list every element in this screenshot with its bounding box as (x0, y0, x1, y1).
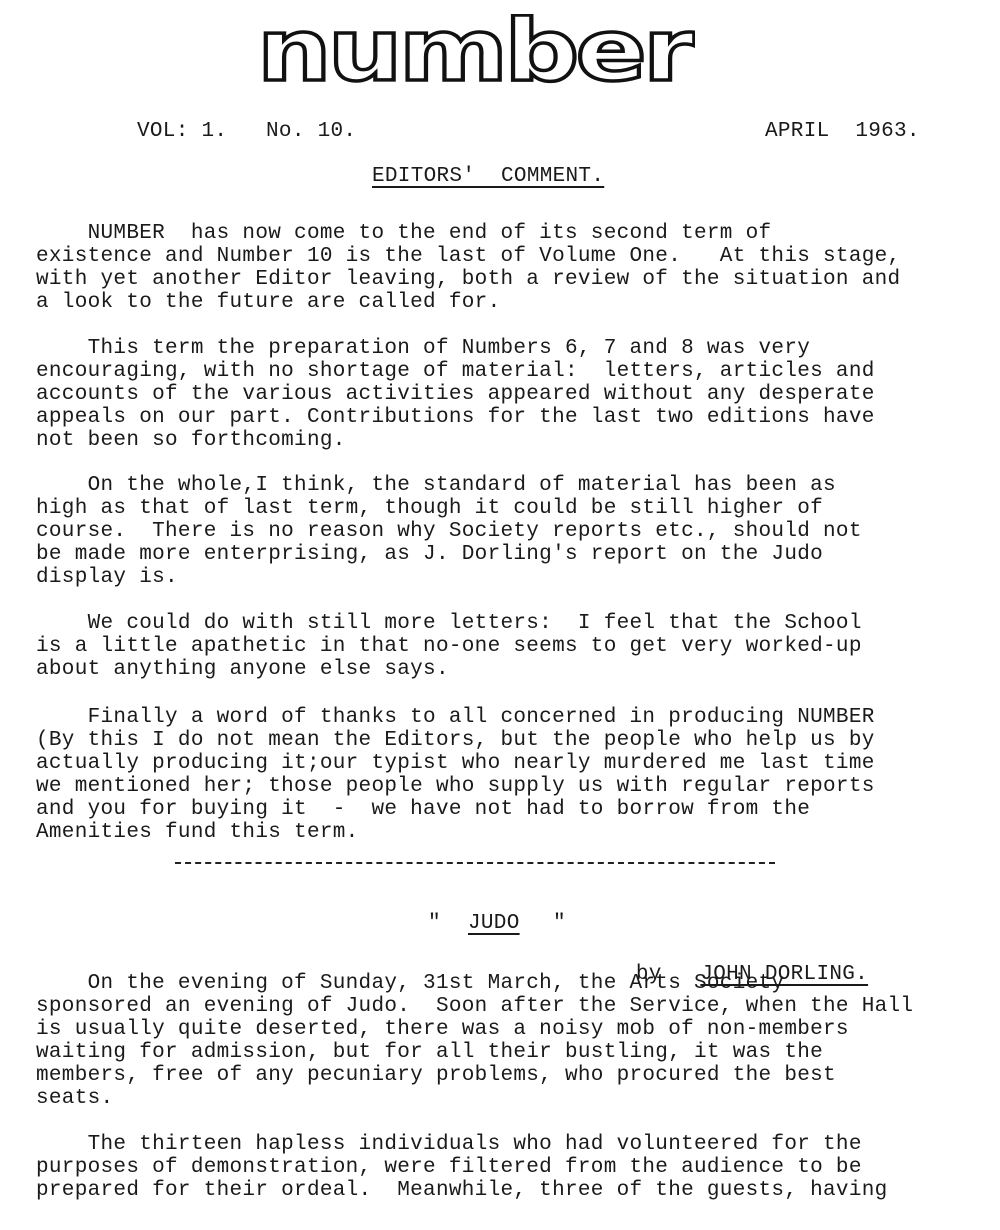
text-line: encouraging, with no shortage of materia… (36, 360, 996, 383)
issue-date: APRIL 1963. (765, 120, 920, 143)
text-line: purposes of demonstration, were filtered… (36, 1156, 996, 1179)
text-line: about anything anyone else says. (36, 658, 996, 681)
text-line: NUMBER has now come to the end of its se… (36, 222, 996, 245)
text-line: sponsored an evening of Judo. Soon after… (36, 995, 996, 1018)
volume-number: VOL: 1. No. 10. (137, 120, 356, 143)
text-line: with yet another Editor leaving, both a … (36, 268, 996, 291)
editors-paragraph-4: We could do with still more letters: I f… (36, 612, 996, 681)
text-line: be made more enterprising, as J. Dorling… (36, 543, 996, 566)
title-open-quote: " (428, 912, 441, 935)
text-line: display is. (36, 566, 996, 589)
text-line: a look to the future are called for. (36, 291, 996, 314)
editors-paragraph-3: On the whole,I think, the standard of ma… (36, 474, 996, 589)
judo-title: JUDO (468, 912, 520, 935)
text-line: This term the preparation of Numbers 6, … (36, 337, 996, 360)
editors-comment-heading: EDITORS' COMMENT. (372, 165, 604, 188)
text-line: (By this I do not mean the Editors, but … (36, 729, 996, 752)
text-line: is a little apathetic in that no-one see… (36, 635, 996, 658)
text-line: high as that of last term, though it cou… (36, 497, 996, 520)
masthead-title: number (257, 14, 695, 84)
text-line: Amenities fund this term. (36, 821, 996, 844)
text-line: we mentioned her; those people who suppl… (36, 775, 996, 798)
text-line: Finally a word of thanks to all concerne… (36, 706, 996, 729)
editors-paragraph-2: This term the preparation of Numbers 6, … (36, 337, 996, 452)
text-line: not been so forthcoming. (36, 429, 996, 452)
text-line: actually producing it;our typist who nea… (36, 752, 996, 775)
text-line: accounts of the various activities appea… (36, 383, 996, 406)
judo-paragraph-2: The thirteen hapless individuals who had… (36, 1133, 996, 1202)
masthead-logo: number (255, 14, 695, 84)
editors-paragraph-1: NUMBER has now come to the end of its se… (36, 222, 996, 314)
section-divider (175, 862, 775, 864)
text-line: waiting for admission, but for all their… (36, 1041, 996, 1064)
text-line: The thirteen hapless individuals who had… (36, 1133, 996, 1156)
judo-paragraph-1: On the evening of Sunday, 31st March, th… (36, 972, 996, 1110)
title-close-quote: " (553, 912, 566, 935)
text-line: seats. (36, 1087, 996, 1110)
text-line: prepared for their ordeal. Meanwhile, th… (36, 1179, 996, 1202)
editors-paragraph-5: Finally a word of thanks to all concerne… (36, 706, 996, 844)
text-line: members, free of any pecuniary problems,… (36, 1064, 996, 1087)
text-line: On the evening of Sunday, 31st March, th… (36, 972, 996, 995)
text-line: course. There is no reason why Society r… (36, 520, 996, 543)
text-line: is usually quite deserted, there was a n… (36, 1018, 996, 1041)
text-line: and you for buying it - we have not had … (36, 798, 996, 821)
text-line: existence and Number 10 is the last of V… (36, 245, 996, 268)
text-line: On the whole,I think, the standard of ma… (36, 474, 996, 497)
text-line: appeals on our part. Contributions for t… (36, 406, 996, 429)
text-line: We could do with still more letters: I f… (36, 612, 996, 635)
